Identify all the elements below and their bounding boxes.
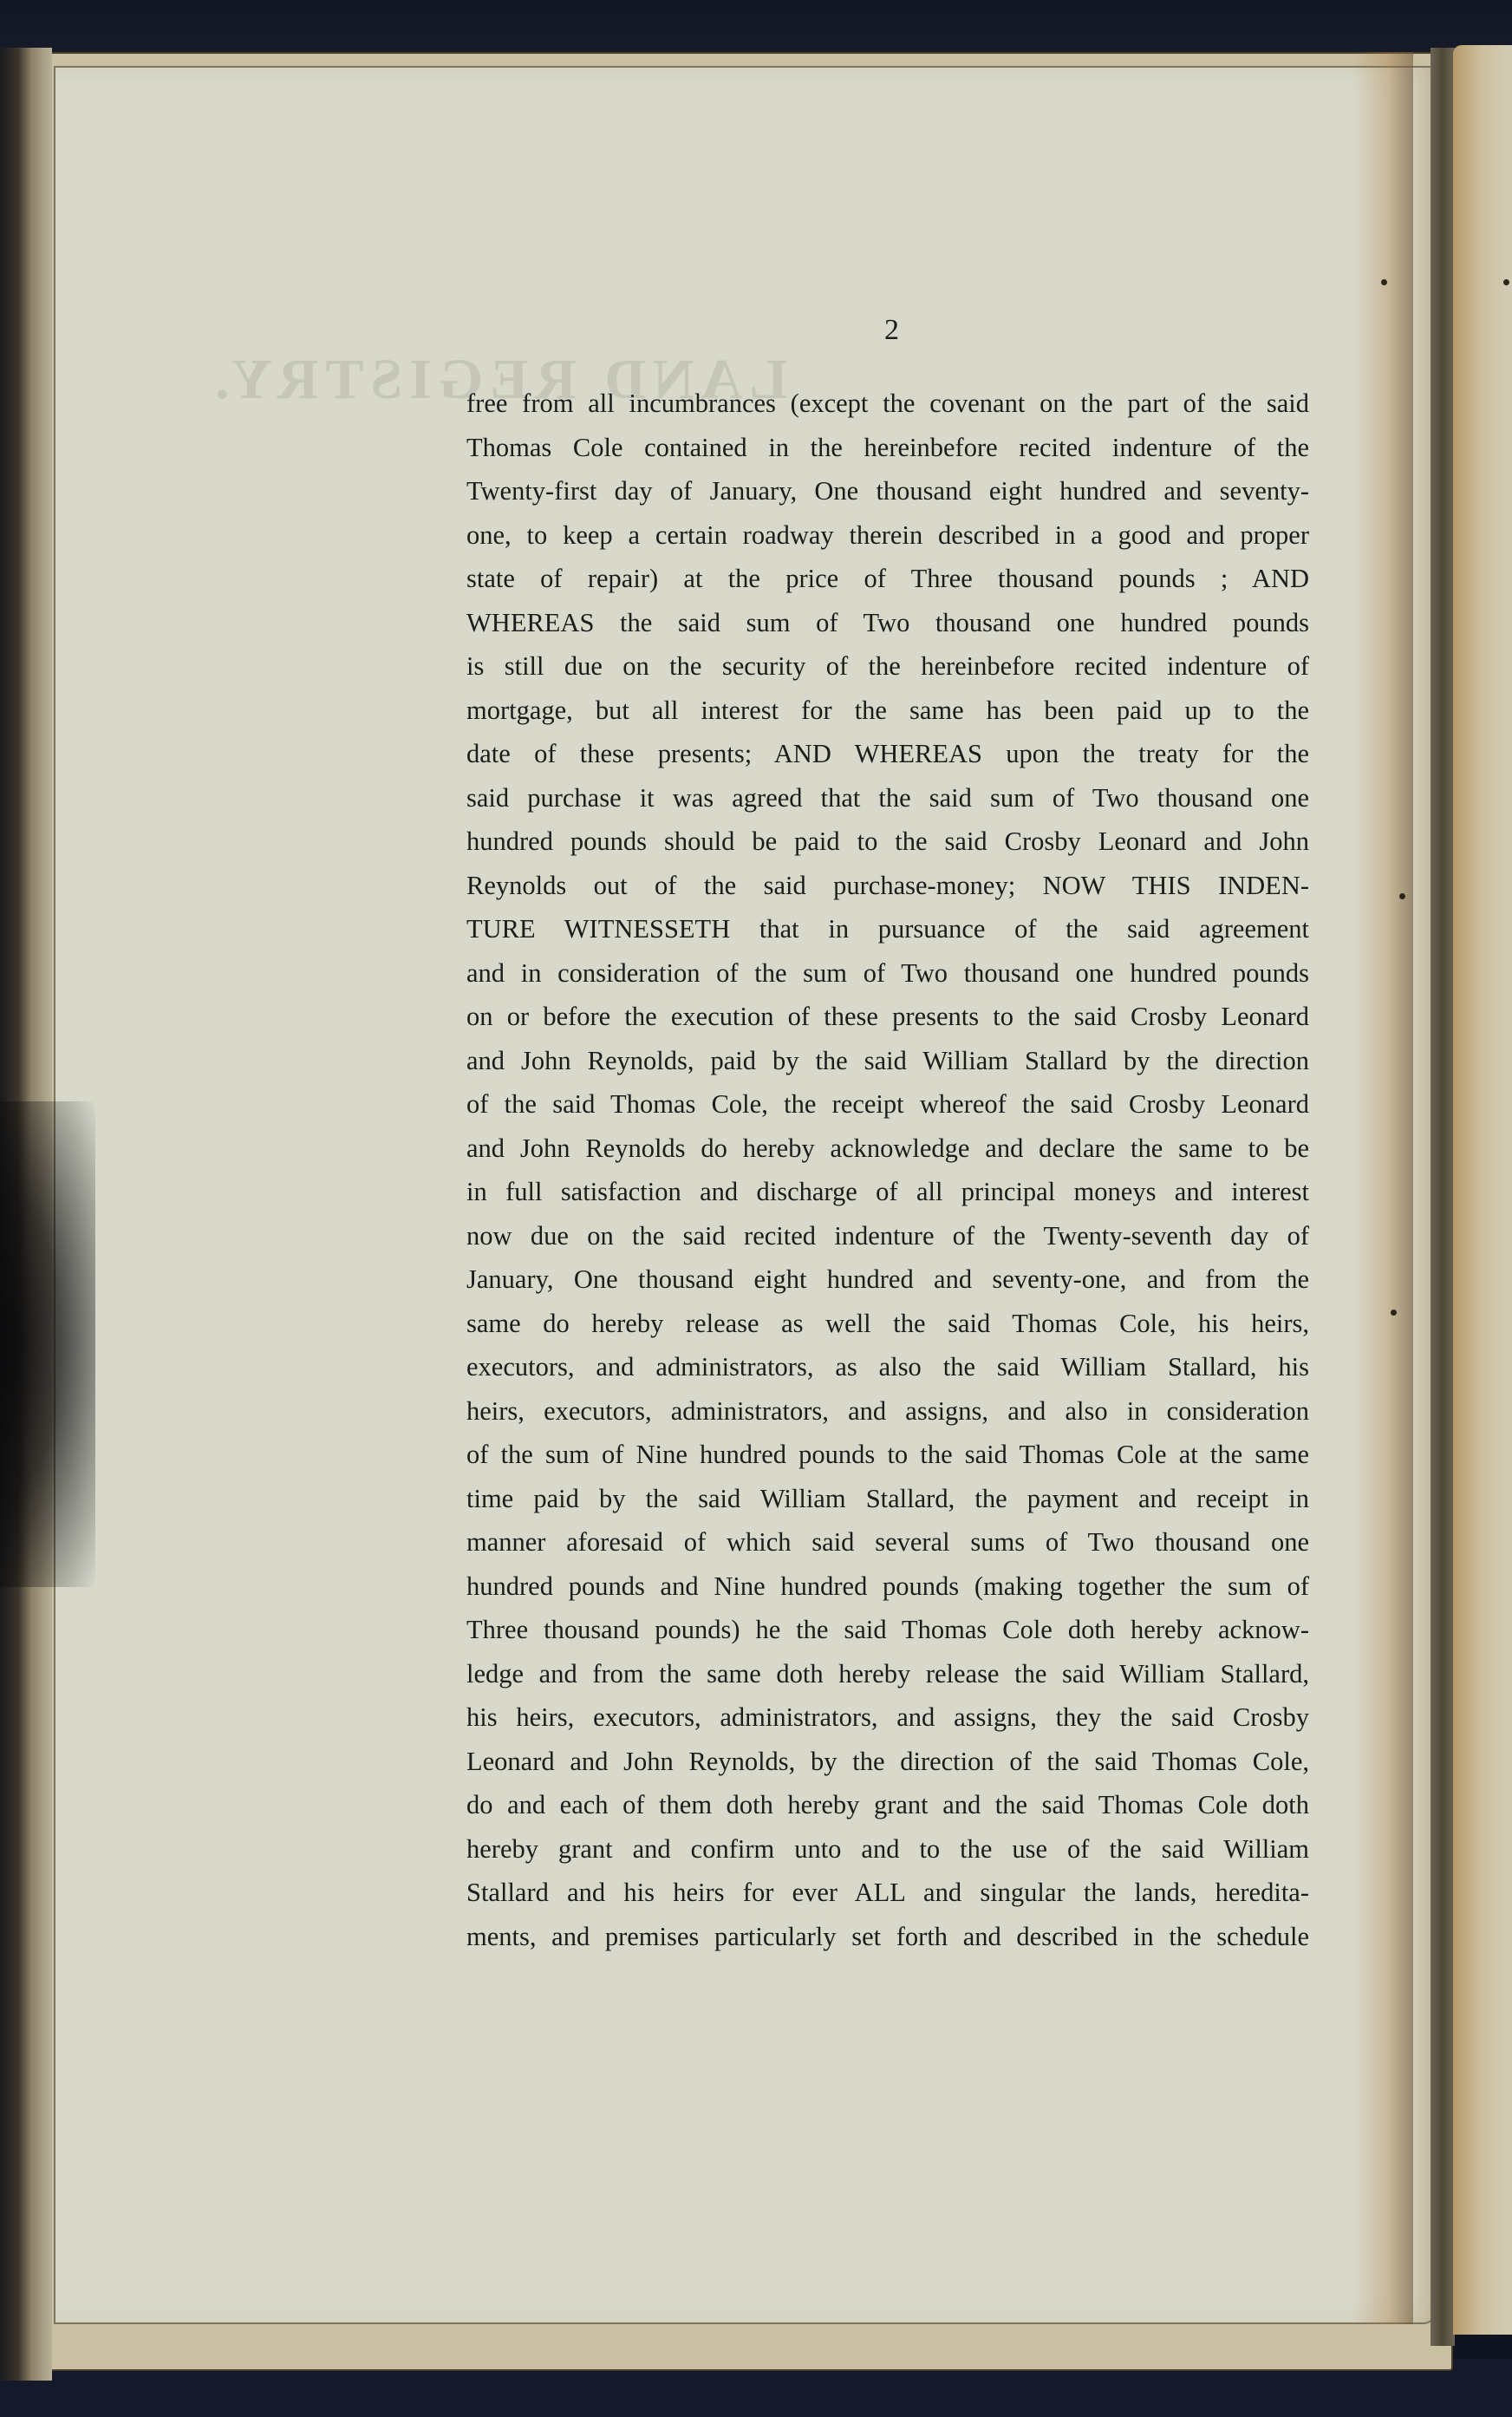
foxing-spot: [1503, 279, 1509, 285]
foxing-spot: [1399, 893, 1405, 899]
text-line: same do hereby release as well the said …: [466, 1302, 1309, 1346]
text-line: Stallard and his heirs for ever ALL and …: [466, 1871, 1309, 1915]
text-line: hundred pounds should be paid to the sai…: [466, 820, 1309, 864]
text-line: do and each of them doth hereby grant an…: [466, 1783, 1309, 1827]
text-line: of the sum of Nine hundred pounds to the…: [466, 1433, 1309, 1477]
page-edge-stain: [1352, 52, 1413, 2324]
text-line: in full satisfaction and discharge of al…: [466, 1170, 1309, 1214]
text-line: time paid by the said William Stallard, …: [466, 1477, 1309, 1521]
book-binding-top: [0, 0, 1512, 52]
text-line: executors, and administrators, as also t…: [466, 1345, 1309, 1389]
body-text: free from all incumbrances (except the c…: [466, 382, 1309, 1958]
text-line: is still due on the security of the here…: [466, 644, 1309, 689]
text-line: heirs, executors, administrators, and as…: [466, 1389, 1309, 1434]
text-line: Reynolds out of the said purchase-money;…: [466, 864, 1309, 908]
text-line: Leonard and John Reynolds, by the direct…: [466, 1740, 1309, 1784]
text-line: free from all incumbrances (except the c…: [466, 382, 1309, 426]
text-line: and in consideration of the sum of Two t…: [466, 951, 1309, 996]
text-line: said purchase it was agreed that the sai…: [466, 776, 1309, 820]
text-line: hundred pounds and Nine hundred pounds (…: [466, 1565, 1309, 1609]
text-line: and John Reynolds do hereby acknowledge …: [466, 1127, 1309, 1171]
text-line: now due on the said recited indenture of…: [466, 1214, 1309, 1258]
text-line: hereby grant and confirm unto and to the…: [466, 1827, 1309, 1872]
text-line: and John Reynolds, paid by the said Will…: [466, 1039, 1309, 1083]
text-line: WHEREAS the said sum of Two thousand one…: [466, 601, 1309, 645]
text-line: state of repair) at the price of Three t…: [466, 557, 1309, 601]
text-line: mortgage, but all interest for the same …: [466, 689, 1309, 733]
text-line: date of these presents; AND WHEREAS upon…: [466, 732, 1309, 776]
text-line: his heirs, executors, administrators, an…: [466, 1695, 1309, 1740]
text-line: ledge and from the same doth hereby rele…: [466, 1652, 1309, 1696]
text-line: one, to keep a certain roadway therein d…: [466, 513, 1309, 558]
scan-shadow: [0, 1101, 95, 1587]
text-line: ments, and premises particularly set for…: [466, 1915, 1309, 1959]
text-line: TURE WITNESSETH that in pursuance of the…: [466, 907, 1309, 951]
text-line: Twenty-first day of January, One thousan…: [466, 469, 1309, 513]
book-gutter: [1431, 48, 1455, 2346]
facing-page-edge: [1453, 45, 1512, 2335]
page-number: 2: [884, 314, 899, 347]
text-line: manner aforesaid of which said several s…: [466, 1520, 1309, 1565]
foxing-spot: [1381, 279, 1387, 285]
text-line: on or before the execution of these pres…: [466, 995, 1309, 1039]
text-line: January, One thousand eight hundred and …: [466, 1257, 1309, 1302]
text-line: Three thousand pounds) he the said Thoma…: [466, 1608, 1309, 1652]
foxing-spot: [1391, 1310, 1397, 1316]
text-line: of the said Thomas Cole, the receipt whe…: [466, 1082, 1309, 1127]
text-line: Thomas Cole contained in the hereinbefor…: [466, 426, 1309, 470]
